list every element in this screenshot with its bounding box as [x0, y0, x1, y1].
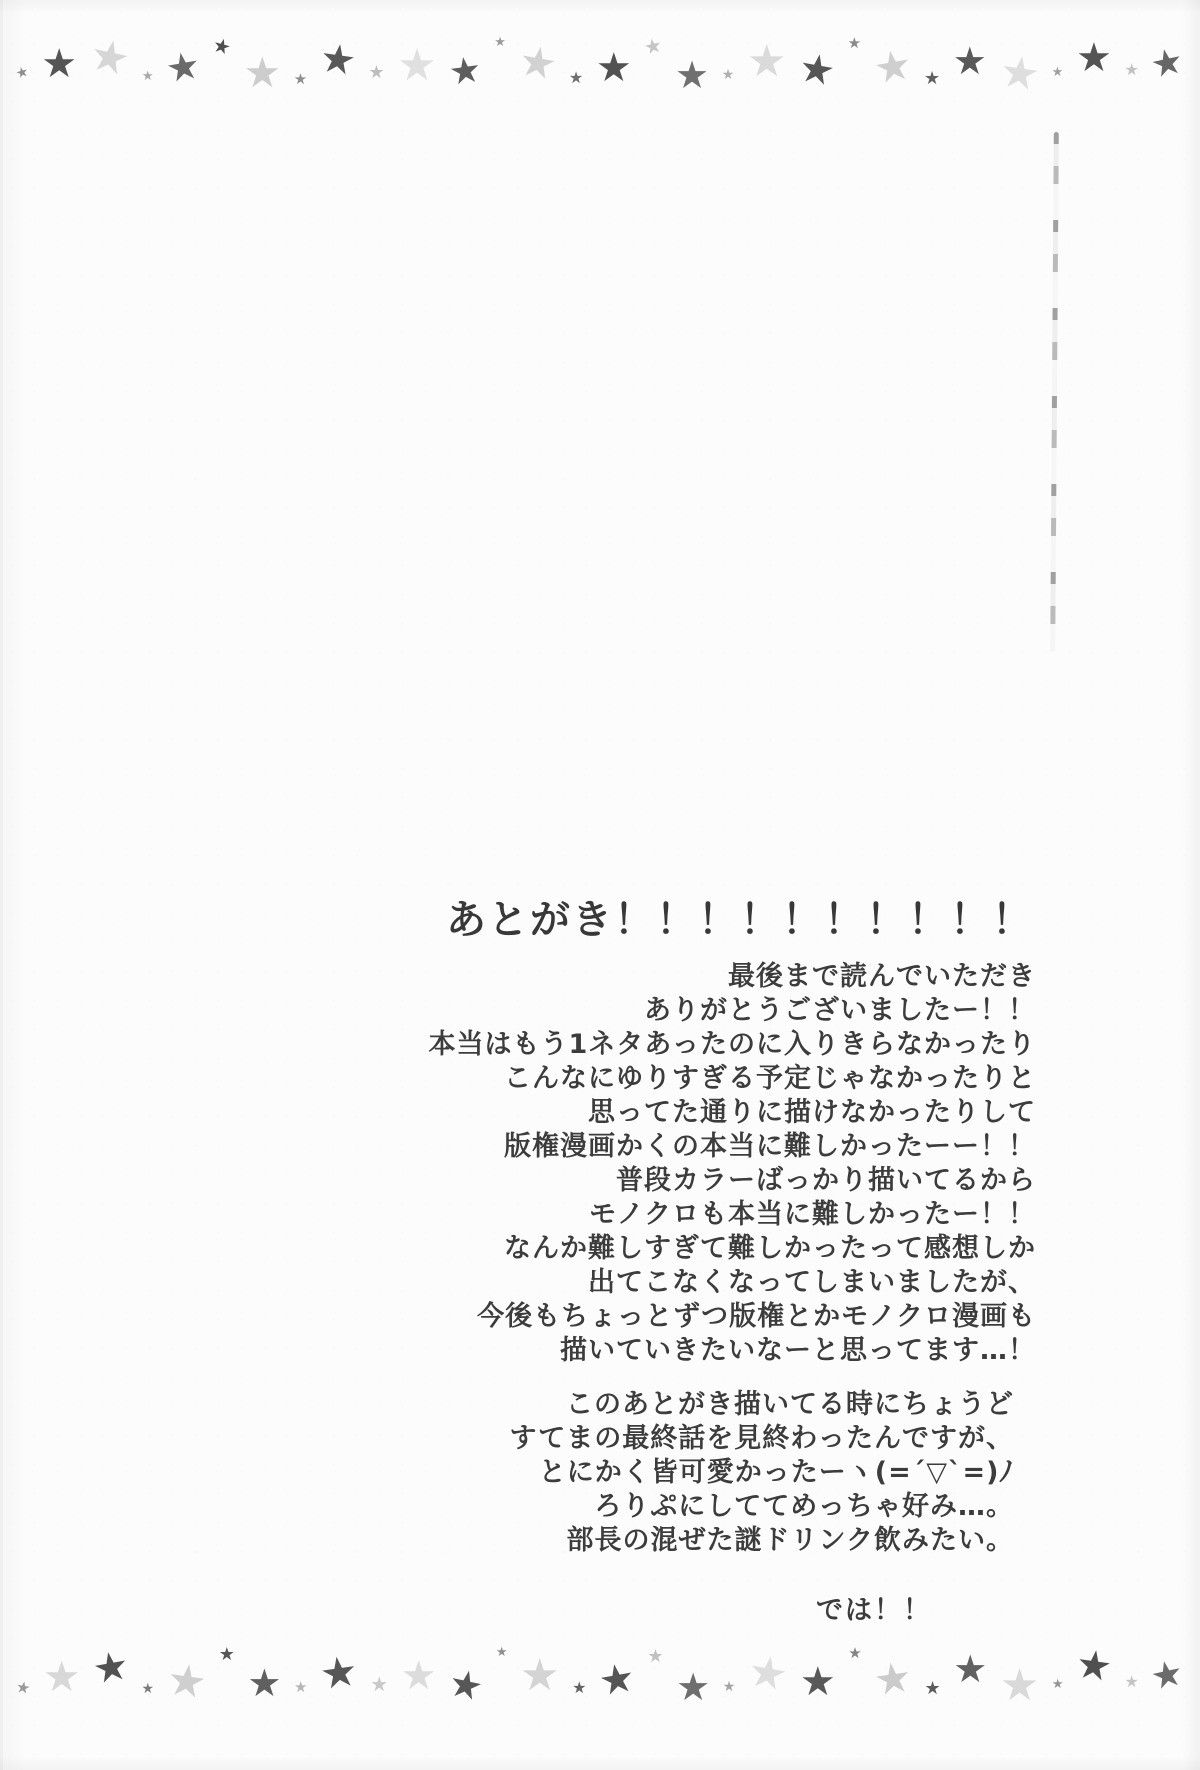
closing-line: では！！ [816, 1588, 932, 1627]
star-icon: ★ [1124, 62, 1138, 78]
star-icon: ★ [368, 64, 384, 82]
star-icon: ★ [870, 43, 914, 91]
page-title: あとがき！！！！！！！！！！ [0, 888, 1034, 945]
star-icon: ★ [43, 1656, 81, 1698]
star-icon: ★ [15, 1679, 32, 1697]
text-line: 本当はもう1ネタあったのに入りきらなかったり [0, 1028, 1036, 1062]
page-edge-scan-artifact [1050, 132, 1059, 652]
star-icon: ★ [447, 52, 484, 92]
text-line: すてまの最終話を見終わったんですが、 [0, 1422, 1014, 1456]
star-icon: ★ [1148, 43, 1187, 85]
text-line: とにかく皆可愛かったーヽ(=´▽`=)ﾉ [0, 1456, 1014, 1490]
star-icon: ★ [953, 1650, 987, 1688]
star-icon: ★ [317, 1650, 360, 1697]
text-line: 部長の混ぜた謎ドリンク飲みたい。 [0, 1524, 1014, 1558]
star-icon: ★ [86, 32, 134, 83]
star-icon: ★ [446, 1663, 487, 1707]
star-icon: ★ [848, 1646, 861, 1661]
text-line: ありがとうございましたー！！ [0, 994, 1036, 1028]
star-icon: ★ [569, 70, 583, 86]
star-icon: ★ [142, 70, 154, 83]
text-line: なんか難しすぎて難しかったって感想しか [0, 1232, 1036, 1266]
star-icon: ★ [723, 1680, 736, 1694]
star-icon: ★ [317, 38, 358, 83]
star-icon: ★ [848, 36, 861, 51]
star-icon: ★ [219, 1646, 235, 1664]
star-icon: ★ [722, 68, 735, 82]
star-icon: ★ [953, 42, 987, 80]
star-icon: ★ [515, 39, 559, 87]
star-icon: ★ [211, 34, 234, 58]
star-icon: ★ [572, 1680, 586, 1696]
star-icon: ★ [997, 49, 1042, 98]
star-icon: ★ [164, 1657, 209, 1706]
star-icon: ★ [676, 1668, 710, 1706]
star-icon: ★ [247, 1664, 281, 1702]
star-icon: ★ [397, 44, 436, 88]
top-star-border: ★★★★★★★★★★★★★★★★★★★★★★★★★★★★★★ [0, 36, 1200, 124]
star-icon: ★ [1074, 1644, 1115, 1689]
star-icon: ★ [294, 1680, 307, 1695]
afterword-paragraph-1: 最後まで読んでいただき ありがとうございましたー！！ 本当はもう1ネタあったのに… [0, 960, 1036, 1368]
star-icon: ★ [596, 1657, 638, 1703]
star-icon: ★ [494, 36, 506, 49]
star-icon: ★ [1148, 1655, 1187, 1697]
text-line: 描いていきたいなーと思ってます…！ [0, 1334, 1036, 1368]
bottom-star-border: ★★★★★★★★★★★★★★★★★★★★★★★★★★★★★★ [0, 1646, 1200, 1734]
star-icon: ★ [1052, 66, 1064, 79]
star-icon: ★ [1000, 1664, 1039, 1708]
star-icon: ★ [90, 1645, 132, 1691]
star-icon: ★ [647, 1648, 663, 1666]
text-line: 思ってた通りに描けなかったりして [0, 1096, 1036, 1130]
afterword-paragraph-2: このあとがき描いてる時にちょうど すてまの最終話を見終わったんですが、 とにかく… [0, 1388, 1014, 1558]
star-icon: ★ [370, 1674, 388, 1694]
text-line: 版権漫画かくの本当に難しかったーー！！ [0, 1130, 1036, 1164]
star-icon: ★ [796, 47, 838, 93]
star-icon: ★ [1076, 38, 1112, 78]
star-icon: ★ [747, 40, 786, 84]
star-icon: ★ [142, 1682, 155, 1696]
star-icon: ★ [294, 72, 307, 87]
text-line: 普段カラーばっかり描いてるから [0, 1164, 1036, 1198]
star-icon: ★ [872, 1656, 915, 1703]
star-icon: ★ [675, 56, 709, 94]
star-icon: ★ [496, 1646, 508, 1659]
star-icon: ★ [41, 44, 77, 84]
star-icon: ★ [924, 70, 940, 88]
star-icon: ★ [643, 34, 665, 57]
star-icon: ★ [243, 52, 281, 94]
star-icon: ★ [163, 45, 203, 88]
star-icon: ★ [925, 1680, 941, 1698]
star-icon: ★ [800, 1662, 836, 1702]
text-line: こんなにゆりすぎる予定じゃなかったりと [0, 1062, 1036, 1096]
text-line: 今後もちょっとずつ版権とかモノクロ漫画も [0, 1300, 1036, 1334]
star-icon: ★ [14, 65, 30, 82]
text-line: モノクロも本当に難しかったー！！ [0, 1198, 1036, 1232]
star-icon: ★ [401, 1656, 437, 1696]
star-icon: ★ [520, 1654, 559, 1698]
afterword-page: ★★★★★★★★★★★★★★★★★★★★★★★★★★★★★★ あとがき！！！！！… [0, 0, 1200, 1770]
text-line: このあとがき描いてる時にちょうど [0, 1388, 1014, 1422]
star-icon: ★ [1052, 1678, 1064, 1691]
star-icon: ★ [596, 48, 632, 88]
text-line: ろりぷにしててめっちゃ好み…。 [0, 1490, 1014, 1524]
star-icon: ★ [1125, 1674, 1139, 1690]
text-line: 出てこなくなってしまいましたが、 [0, 1266, 1036, 1300]
text-line: 最後まで読んでいただき [0, 960, 1036, 994]
star-icon: ★ [744, 1649, 790, 1699]
